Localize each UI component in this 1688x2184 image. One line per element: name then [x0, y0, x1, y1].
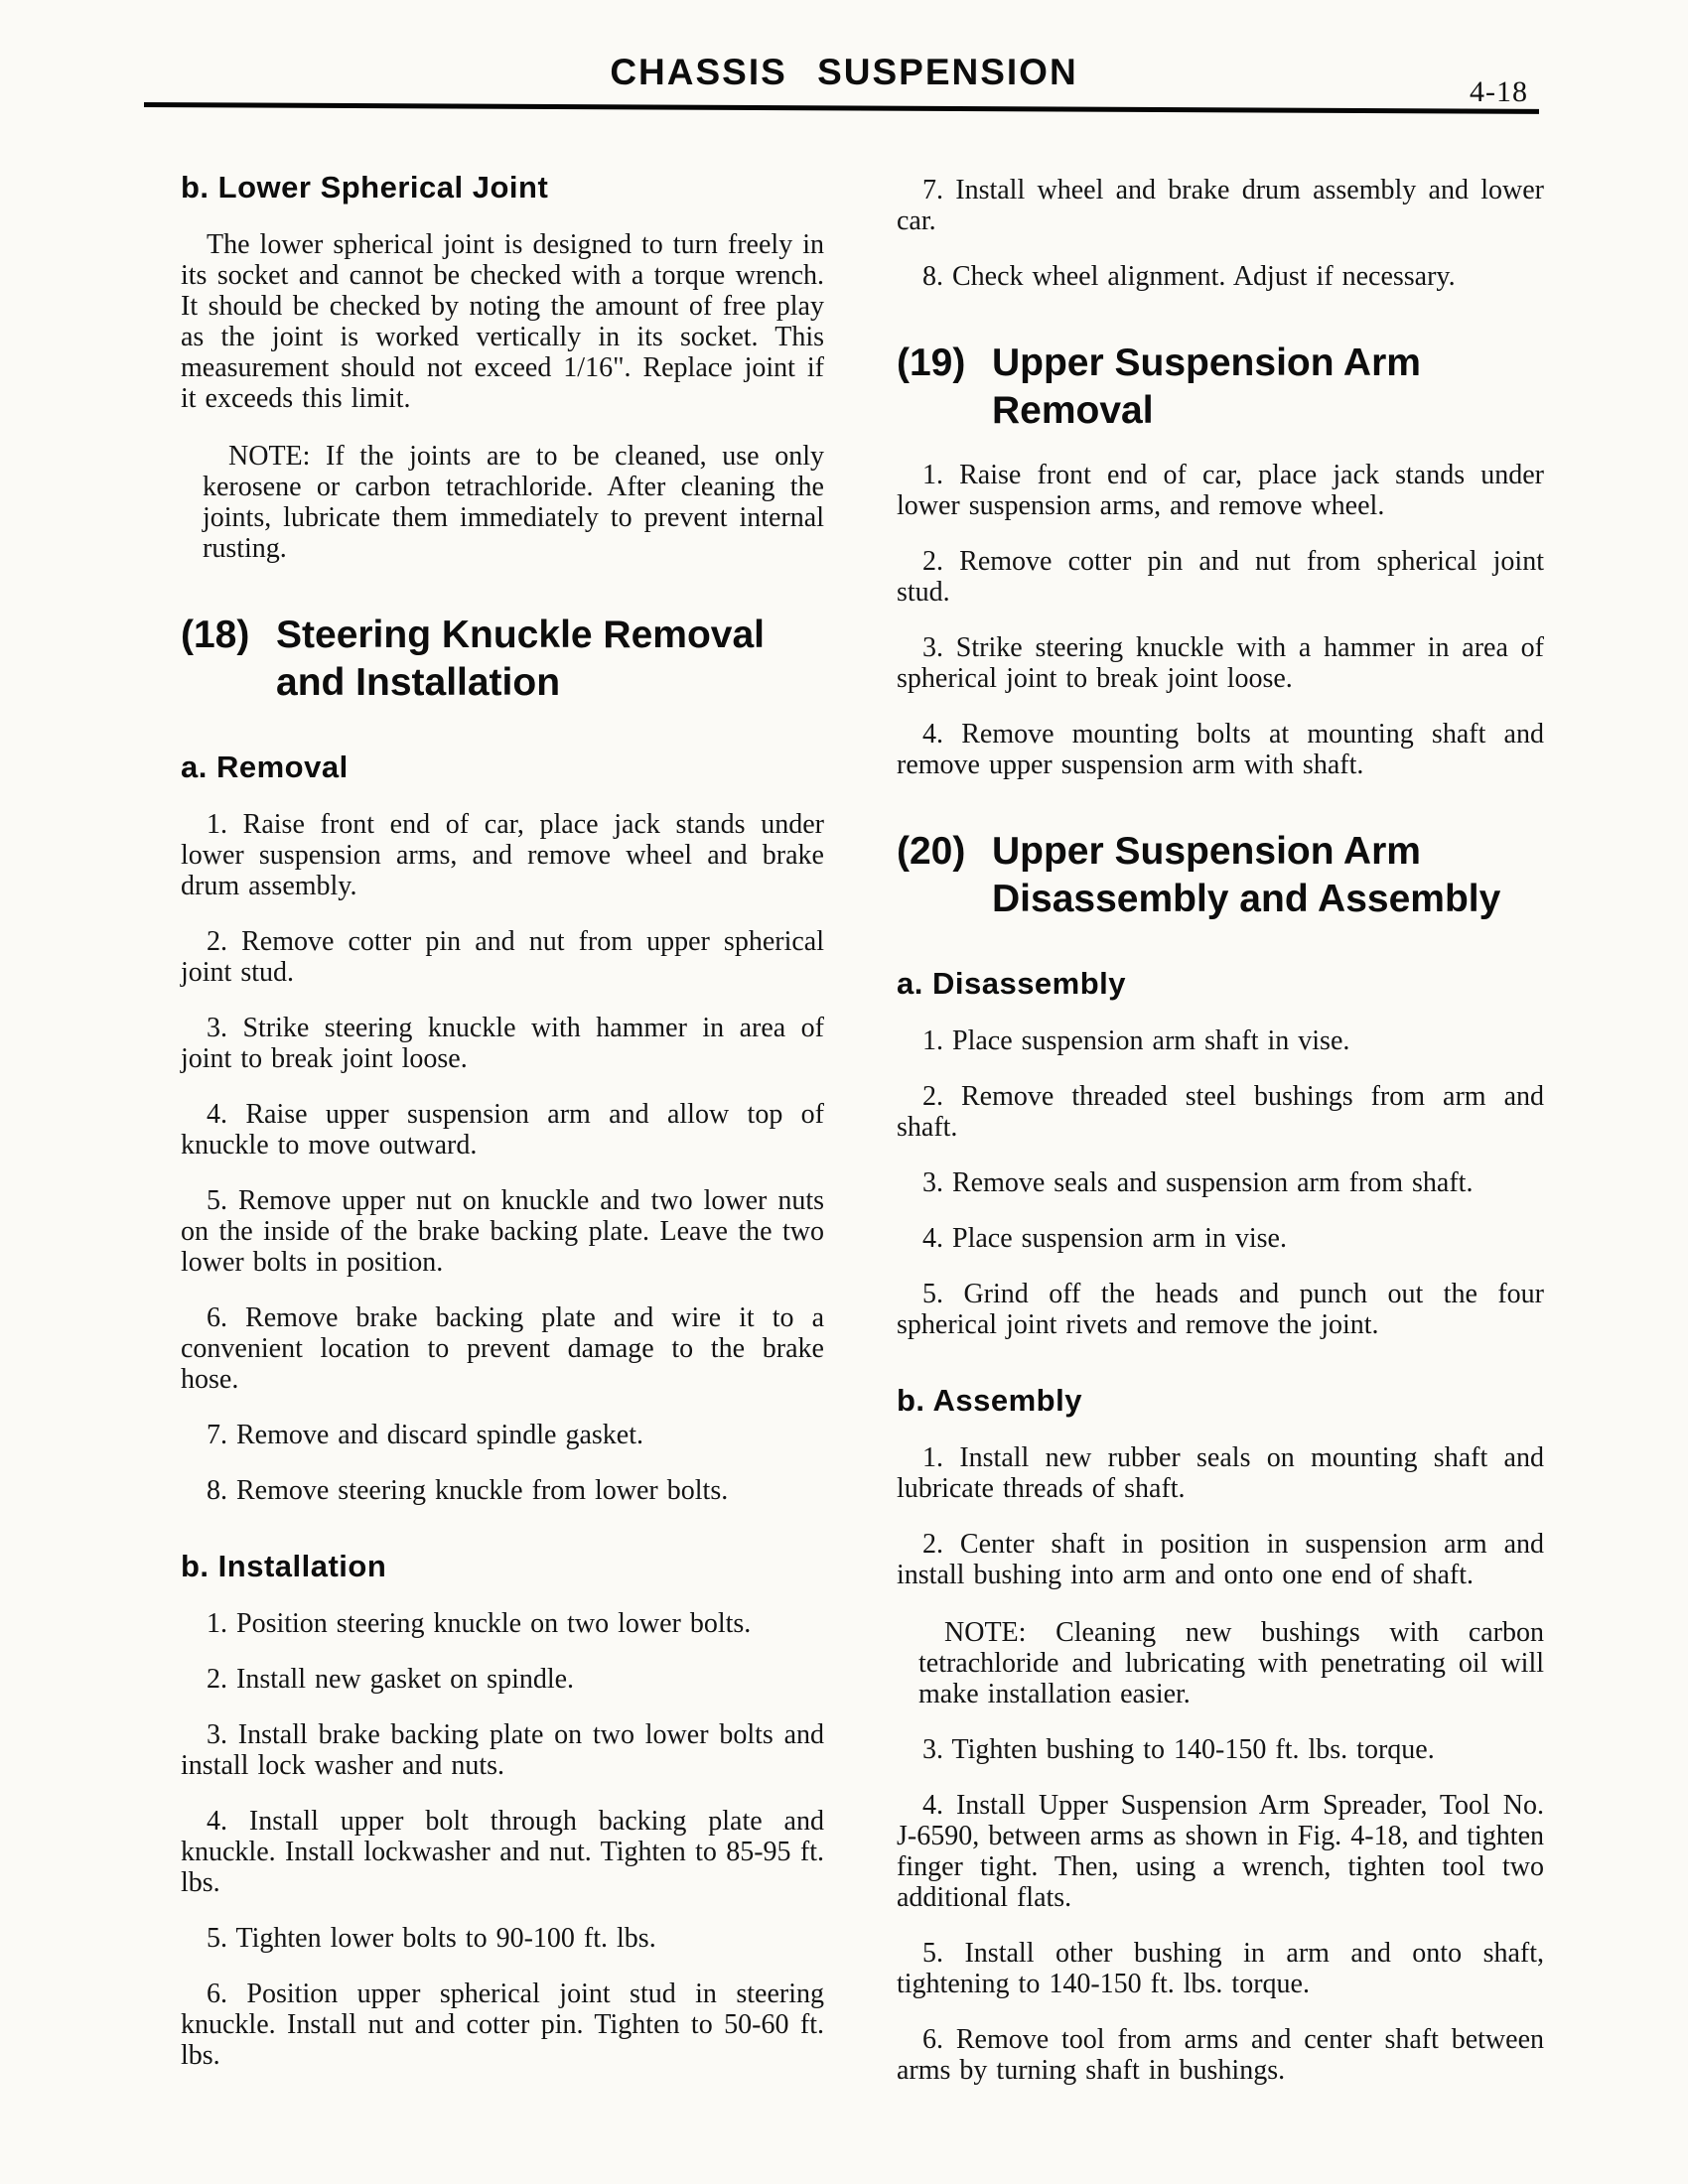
subheading-installation: b. Installation: [181, 1550, 824, 1583]
list-item: 4. Place suspension arm in vise.: [897, 1223, 1544, 1254]
list-item: 4. Install upper bolt through backing pl…: [181, 1806, 824, 1898]
section-title: Upper Suspension Arm Removal: [992, 340, 1421, 435]
list-item: 4. Raise upper suspension arm and allow …: [181, 1099, 824, 1160]
list-item: 3. Install brake backing plate on two lo…: [181, 1719, 824, 1781]
page-number: 4-18: [1470, 75, 1528, 109]
list-item: 5. Tighten lower bolts to 90-100 ft. lbs…: [181, 1923, 824, 1954]
list-item: 8. Remove steering knuckle from lower bo…: [181, 1475, 824, 1506]
header-rule: [144, 102, 1539, 114]
list-item: 5. Grind off the heads and punch out the…: [897, 1279, 1544, 1340]
list-item: 6. Remove tool from arms and center shaf…: [897, 2024, 1544, 2086]
list-item: 5. Remove upper nut on knuckle and two l…: [181, 1185, 824, 1278]
list-item: 3. Strike steering knuckle with a hammer…: [897, 632, 1544, 694]
page-header-title: CHASSIS SUSPENSION: [0, 52, 1688, 93]
note-paragraph: NOTE: Cleaning new bushings with carbon …: [918, 1617, 1544, 1709]
list-item: 2. Install new gasket on spindle.: [181, 1664, 824, 1695]
list-item: 1. Position steering knuckle on two lowe…: [181, 1608, 824, 1639]
list-item: 7. Install wheel and brake drum assembly…: [897, 175, 1544, 236]
section-number: (18): [181, 612, 276, 707]
subheading-lower-spherical-joint: b. Lower Spherical Joint: [181, 171, 824, 205]
list-item: 4. Remove mounting bolts at mounting sha…: [897, 719, 1544, 780]
list-item: 4. Install Upper Suspension Arm Spreader…: [897, 1790, 1544, 1913]
list-item: 1. Place suspension arm shaft in vise.: [897, 1025, 1544, 1056]
list-item: 7. Remove and discard spindle gasket.: [181, 1420, 824, 1450]
list-item: 3. Strike steering knuckle with hammer i…: [181, 1013, 824, 1074]
list-item: 3. Tighten bushing to 140-150 ft. lbs. t…: [897, 1734, 1544, 1765]
subheading-assembly: b. Assembly: [897, 1384, 1544, 1418]
note-paragraph: NOTE: If the joints are to be cleaned, u…: [203, 441, 824, 564]
list-item: 3. Remove seals and suspension arm from …: [897, 1167, 1544, 1198]
list-item: 8. Check wheel alignment. Adjust if nece…: [897, 261, 1544, 292]
subheading-removal: a. Removal: [181, 751, 824, 784]
manual-page: CHASSIS SUSPENSION 4-18 b. Lower Spheric…: [0, 0, 1688, 2184]
list-item: 1. Raise front end of car, place jack st…: [897, 460, 1544, 521]
section-title: Steering Knuckle Removal and Installatio…: [276, 612, 765, 707]
list-item: 6. Remove brake backing plate and wire i…: [181, 1302, 824, 1395]
section-heading-19: (19) Upper Suspension Arm Removal: [897, 340, 1544, 435]
subheading-disassembly: a. Disassembly: [897, 967, 1544, 1001]
right-column: 7. Install wheel and brake drum assembly…: [897, 171, 1544, 2086]
list-item: 2. Remove cotter pin and nut from spheri…: [897, 546, 1544, 608]
list-item: 2. Remove cotter pin and nut from upper …: [181, 926, 824, 988]
list-item: 6. Position upper spherical joint stud i…: [181, 1979, 824, 2071]
section-number: (19): [897, 340, 992, 435]
section-heading-20: (20) Upper Suspension Arm Disassembly an…: [897, 828, 1544, 923]
section-heading-18: (18) Steering Knuckle Removal and Instal…: [181, 612, 824, 707]
section-title: Upper Suspension Arm Disassembly and Ass…: [992, 828, 1500, 923]
list-item: 5. Install other bushing in arm and onto…: [897, 1938, 1544, 1999]
list-item: 1. Install new rubber seals on mounting …: [897, 1442, 1544, 1504]
left-column: b. Lower Spherical Joint The lower spher…: [181, 171, 824, 2071]
list-item: 1. Raise front end of car, place jack st…: [181, 809, 824, 901]
section-number: (20): [897, 828, 992, 923]
paragraph: The lower spherical joint is designed to…: [181, 229, 824, 414]
list-item: 2. Center shaft in position in suspensio…: [897, 1529, 1544, 1590]
list-item: 2. Remove threaded steel bushings from a…: [897, 1081, 1544, 1143]
